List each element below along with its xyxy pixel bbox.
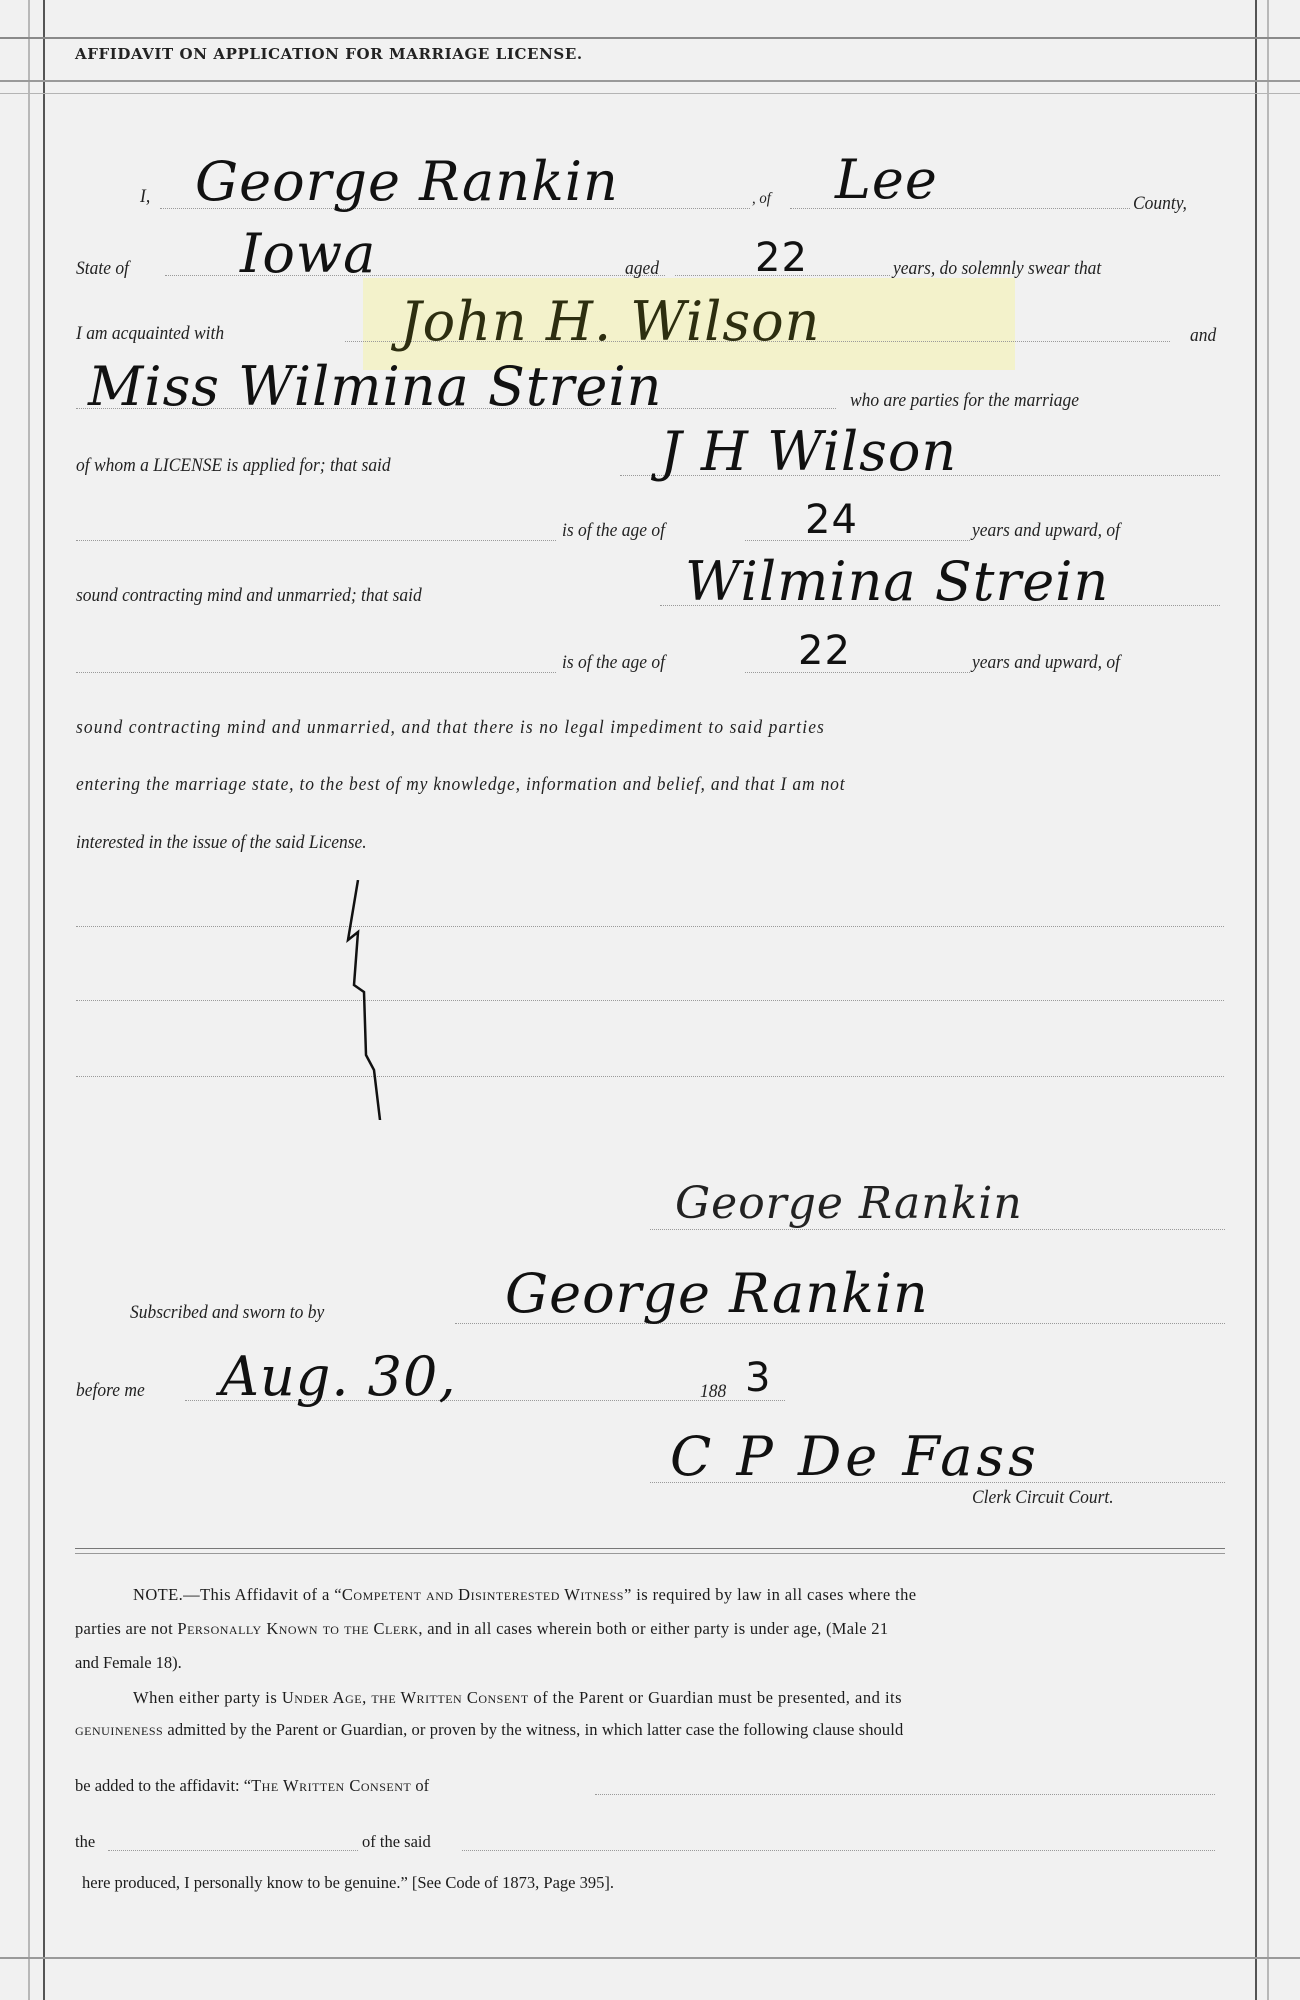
printed-age-of-1: is of the age of: [562, 520, 665, 542]
note-paragraph-2-line-4: the: [75, 1832, 1215, 1852]
ledger-rule-left-outer: [28, 0, 30, 2000]
printed-upward-1: years and upward, of: [972, 520, 1120, 542]
printed-license-applied: of whom a LICENSE is applied for; that s…: [76, 455, 391, 477]
printed-i: I,: [140, 186, 150, 208]
printed-aged: aged: [625, 258, 659, 280]
note-text: of the Parent or Guardian must be presen…: [529, 1688, 902, 1707]
note-competent-witness: Competent and Disinterested Witness: [342, 1585, 624, 1604]
printed-before-me: before me: [76, 1380, 145, 1402]
county-name: Lee: [835, 148, 938, 211]
printed-of: , of: [752, 190, 771, 208]
consent-relation-line: [108, 1850, 358, 1851]
line-fill-squiggle-mark: [330, 880, 450, 1120]
note-personally-known: Personally Known to the Clerk: [177, 1619, 418, 1638]
note-paragraph-2-line-5: here produced, I personally know to be g…: [82, 1873, 1222, 1893]
form-title: AFFIDAVIT ON APPLICATION FOR MARRIAGE LI…: [75, 45, 583, 63]
note-text: of: [411, 1776, 429, 1795]
blank-line-2: [76, 672, 556, 673]
ledger-rule-header-2: [0, 93, 1300, 94]
note-divider-1: [75, 1548, 1225, 1549]
note-text: and Female 18).: [75, 1653, 182, 1672]
note-lead: NOTE.—This Affidavit of a “: [133, 1585, 342, 1604]
note-paragraph-2-line-3: be added to the affidavit: “The Written …: [75, 1776, 1215, 1796]
consent-party-line: [462, 1850, 1215, 1851]
printed-county: County,: [1133, 193, 1187, 215]
sworn-by-name: George Rankin: [505, 1262, 929, 1325]
printed-subscribed: Subscribed and sworn to by: [130, 1302, 324, 1324]
printed-upward-2: years and upward, of: [972, 652, 1120, 674]
note-text: here produced, I personally know to be g…: [82, 1873, 614, 1892]
affiant-signature: George Rankin: [675, 1178, 1023, 1229]
affiant-age: 22: [755, 235, 808, 281]
note-paragraph-1-line-2: parties are not Personally Known to the …: [75, 1619, 1215, 1639]
note-written-consent: The Written Consent: [251, 1776, 411, 1795]
note-of-the-said: of the said: [362, 1832, 431, 1852]
bride-full-name: Miss Wilmina Strein: [88, 355, 662, 418]
note-text: be added to the affidavit: “: [75, 1776, 251, 1795]
body-line-2: entering the marriage state, to the best…: [76, 774, 845, 796]
ledger-rule-header-1: [0, 80, 1300, 82]
affiant-name: George Rankin: [195, 150, 619, 213]
note-text: parties are not: [75, 1619, 177, 1638]
note-paragraph-1-line-3: and Female 18).: [75, 1653, 1215, 1673]
groom-short-name: J H Wilson: [660, 420, 957, 483]
printed-swear: years, do solemnly swear that: [893, 258, 1101, 280]
note-paragraph-2-line-1: When either party is Under Age, the Writ…: [75, 1688, 1273, 1708]
printed-clerk-title: Clerk Circuit Court.: [972, 1487, 1114, 1509]
bride-short-name: Wilmina Strein: [685, 550, 1109, 613]
note-text: When either party is: [133, 1688, 282, 1707]
printed-age-of-2: is of the age of: [562, 652, 665, 674]
note-paragraph-2-line-2: genuineness admitted by the Parent or Gu…: [75, 1720, 1215, 1740]
note-required-by-law: ” is required by law in all cases where …: [624, 1585, 917, 1604]
sworn-date: Aug. 30,: [220, 1345, 457, 1408]
note-divider-2: [75, 1553, 1225, 1554]
groom-full-name: John H. Wilson: [400, 290, 820, 353]
printed-and: and: [1190, 325, 1216, 347]
consent-of-line: [595, 1794, 1215, 1795]
bride-age-line: [745, 672, 970, 673]
note-text: the: [75, 1832, 95, 1851]
blank-line-4: [76, 1000, 1224, 1001]
affiant-signature-line: [650, 1229, 1225, 1230]
ledger-rule-top: [0, 37, 1300, 39]
note-genuineness: genuineness: [75, 1720, 163, 1739]
ledger-rule-bottom: [0, 1957, 1300, 1959]
body-line-1: sound contracting mind and unmarried, an…: [76, 717, 825, 739]
note-text: admitted by the Parent or Guardian, or p…: [163, 1720, 903, 1739]
groom-age: 24: [805, 497, 858, 543]
blank-line-3: [76, 926, 1224, 927]
year-suffix: 3: [745, 1355, 771, 1401]
bride-age: 22: [798, 628, 851, 674]
state-name: Iowa: [240, 222, 376, 285]
ledger-rule-left-inner: [43, 0, 45, 2000]
printed-acquainted: I am acquainted with: [76, 323, 224, 345]
blank-line-5: [76, 1076, 1224, 1077]
note-under-age-consent: Under Age, the Written Consent: [282, 1688, 529, 1707]
printed-parties: who are parties for the marriage: [850, 390, 1079, 412]
printed-year-prefix: 188: [700, 1381, 726, 1403]
note-text: , and in all cases wherein both or eithe…: [418, 1619, 888, 1638]
printed-state-of: State of: [76, 258, 129, 280]
note-text: of the said: [362, 1832, 431, 1851]
note-paragraph-1-line-1: NOTE.—This Affidavit of a “Competent and…: [75, 1585, 1273, 1605]
blank-line-1: [76, 540, 556, 541]
clerk-signature: C P De Fass: [670, 1425, 1040, 1488]
printed-sound-1: sound contracting mind and unmarried; th…: [76, 585, 422, 607]
body-line-3: interested in the issue of the said Lice…: [76, 832, 367, 854]
